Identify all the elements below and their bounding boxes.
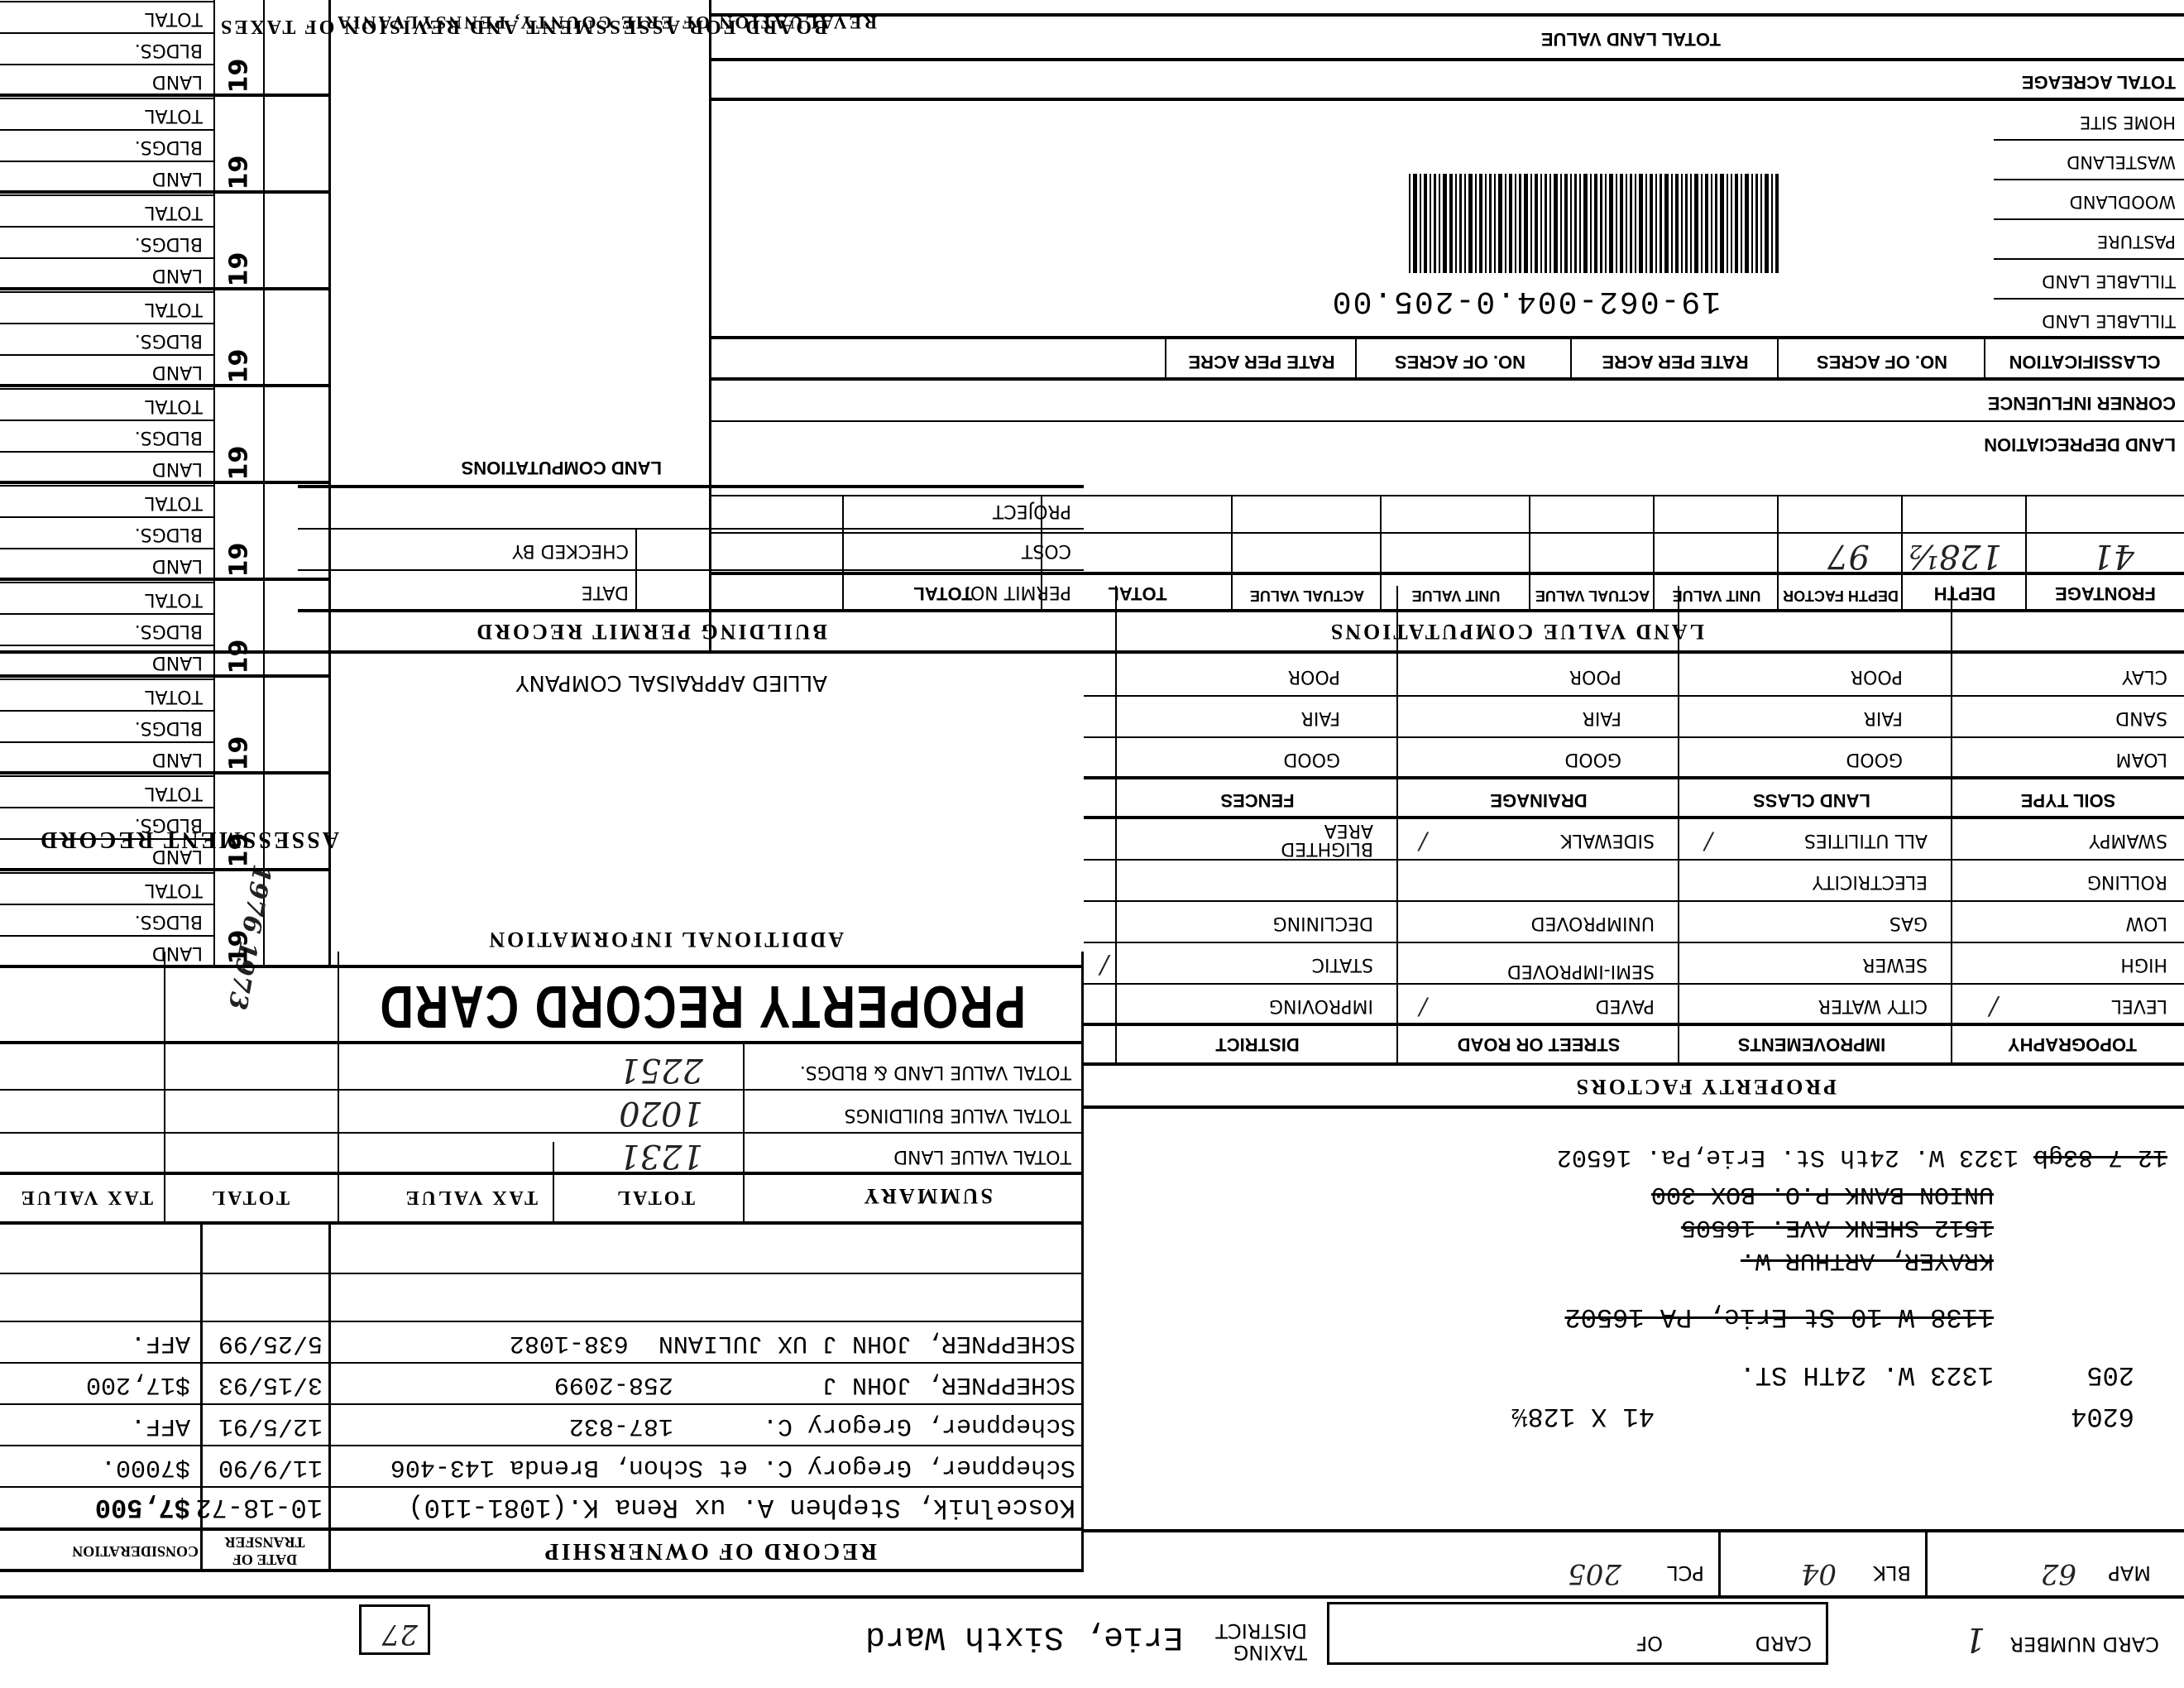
card-number-label: CARD NUMBER [2010, 1633, 2160, 1655]
property-factors-title: PROPERTY FACTORS [1574, 1074, 1837, 1099]
card-of-box [1327, 1602, 1828, 1665]
address-num: 205 [2086, 1360, 2134, 1390]
assessment-row-label: LAND [152, 846, 203, 866]
summary-land-label: TOTAL VALUE LAND [893, 1146, 1071, 1167]
assessment-row-label: BLDGS. [135, 427, 203, 448]
assessment-row-label: BLDGS. [135, 137, 203, 157]
lv-header: UNIT VALUE [1382, 587, 1530, 604]
acreage-row: HOME SITE [2080, 113, 2176, 132]
assessment-year-prefix: 19 [225, 446, 254, 481]
assessment-row-label: TOTAL [145, 8, 203, 29]
pf-improvements-item: GAS [1889, 913, 1928, 933]
ownership-owner: Koscelnik, Stephen A. ux Rena K.(1081-11… [408, 1492, 1075, 1523]
summary-land-bldgs-total: 2251 [619, 1051, 703, 1089]
acreage-header: RATE PER ACRE [1166, 351, 1357, 372]
parcel-id: 19-062-004.0-205.00 [1331, 283, 1721, 319]
acreage-row: PASTURE [2097, 232, 2176, 252]
assessment-row-label: BLDGS. [135, 330, 203, 351]
address-old-3: UNION BANK-P.O. BOX 300 [1651, 1180, 1994, 1208]
summary-col-total-2: TOTAL [209, 1186, 290, 1208]
check-mark-icon: / [1420, 828, 1427, 856]
pf-improvements-item: SEWER [1862, 954, 1928, 975]
land-class-item: POOR [1851, 666, 1903, 687]
pf-topography-item: ROLLING [2087, 871, 2167, 892]
assessment-row-label: LAND [152, 265, 203, 285]
pf-improvements-item: CITY WATER [1818, 995, 1928, 1016]
lv-header: UNIT VALUE [1655, 587, 1779, 604]
assessment-row-label: TOTAL [145, 686, 203, 707]
pf-district-item: IMPROVING [1269, 995, 1373, 1016]
property-record-card: CARD NUMBER 1 CARD OF TAXING DISTRICT Er… [0, 0, 2184, 1688]
assessment-row-label: TOTAL [145, 299, 203, 319]
ownership-consideration: AFF. [131, 1329, 190, 1357]
check-mark-icon: / [1420, 994, 1427, 1021]
of-label: OF [1636, 1632, 1663, 1655]
pf-district-item: BLIGHTED AREA [1249, 821, 1373, 857]
assessment-row-label: BLDGS. [135, 40, 203, 60]
assessment-year-prefix: 19 [225, 833, 254, 868]
soil-item: SAND [2115, 707, 2167, 728]
address-current: 1323 W. 24th St. Erie,Pa. 16502 [1557, 1143, 2019, 1171]
assessment-row-label: TOTAL [145, 202, 203, 223]
fences-item: POOR [1288, 666, 1340, 687]
additional-info-title: ADDITIONAL INFORMATION [486, 927, 844, 952]
assessment-year-prefix: 19 [225, 59, 254, 94]
assessment-year-prefix: 19 [225, 156, 254, 190]
assessment-row-label: LAND [152, 942, 203, 963]
lv-header: DEPTH [1903, 583, 2027, 604]
blk-label: BLK [1873, 1561, 1911, 1585]
soil-header: SOIL TYPE [1952, 789, 2184, 811]
acreage-header: NO. OF ACRES [1357, 351, 1564, 372]
property-record-card-title: PROPERTY RECORD CARD [378, 972, 1026, 1043]
assessment-row-label: LAND [152, 362, 203, 382]
assessment-year-prefix: 19 [225, 543, 254, 578]
pf-improvements-item: ELECTRICITY [1813, 871, 1928, 892]
permit-project-label: PROJECT [993, 501, 1071, 521]
address-dims: 41 X 128½ [1511, 1401, 1655, 1431]
summary-buildings-total: 1020 [619, 1094, 703, 1132]
assessment-row-label: LAND [152, 749, 203, 770]
fences-header: FENCES [1125, 789, 1390, 811]
assessment-row-label: TOTAL [145, 589, 203, 610]
card-number-value: 1 [1965, 1620, 1985, 1658]
address-code: 6204 [2071, 1401, 2134, 1431]
assessment-row-label: TOTAL [145, 105, 203, 126]
assessment-row-label: BLDGS. [135, 524, 203, 544]
summary-col-tax-value-2: TAX VALUE [19, 1186, 153, 1208]
drainage-item: POOR [1569, 666, 1621, 687]
lv-header: ACTUAL VALUE [1530, 587, 1655, 604]
assessment-row-label: BLDGS. [135, 233, 203, 254]
acreage-row: TILLABLE LAND [2042, 311, 2176, 331]
map-label: MAP [2108, 1561, 2151, 1585]
summary-land-total: 1231 [619, 1137, 703, 1175]
ownership-consideration: $7,500 [95, 1492, 190, 1523]
allied-appraisal-company: ALLIED APPRAISAL COMPANY [516, 670, 827, 695]
ownership-col-consideration: CONSIDERATION [72, 1542, 199, 1560]
fences-item: FAIR [1301, 707, 1340, 728]
land-computations-label: LAND COMPUTATIONS [462, 457, 662, 478]
ward-box-value: 27 [382, 1618, 418, 1651]
check-mark-icon: / [1990, 992, 1998, 1021]
assessment-year-prefix: 19 [225, 930, 254, 965]
acreage-header: RATE PER ACRE [1572, 351, 1779, 372]
assessment-row-label: LAND [152, 71, 203, 92]
assessment-row-label: BLDGS. [135, 717, 203, 738]
assessment-row-label: TOTAL [145, 492, 203, 513]
pf-improvements-item: ALL UTILITIES [1804, 830, 1928, 851]
assessment-row-label: BLDGS. [135, 911, 203, 932]
land-class-item: FAIR [1864, 707, 1903, 728]
land-depreciation-label: LAND DEPRECIATION [1984, 434, 2176, 455]
land-value-computations-title: LAND VALUE COMPUTATIONS [1329, 619, 1704, 644]
ownership-consideration: $7000. [101, 1453, 190, 1481]
permit-checked-by-label: CHECKED BY [512, 540, 629, 561]
ownership-col-date: DATE OF TRANSFER [211, 1533, 318, 1568]
soil-item: CLAY [2122, 666, 2167, 687]
lv-depth-factor-value: 97 [1827, 537, 1870, 575]
assessment-row-label: LAND [152, 168, 203, 189]
acreage-header: CLASSIFICATION [1985, 351, 2184, 372]
check-mark-icon: / [1705, 828, 1712, 856]
address-date-struck: 12-7-83gb [2033, 1143, 2167, 1171]
pf-header-street: STREET OR ROAD [1406, 1033, 1671, 1055]
total-land-value-label: TOTAL LAND VALUE [1541, 28, 1721, 50]
assessment-row-label: TOTAL [145, 783, 203, 803]
barcode-icon [1406, 174, 1779, 273]
lv-frontage-value: 41 [2092, 537, 2134, 575]
pf-street-item: PAVED [1596, 995, 1655, 1016]
pcl-value: 205 [1568, 1557, 1621, 1590]
assessment-row-label: TOTAL [145, 396, 203, 416]
assessment-row-label: LAND [152, 458, 203, 479]
lv-header: TOTAL [844, 583, 1042, 604]
assessment-year-prefix: 19 [225, 640, 254, 674]
ownership-date: 3/15/93 [218, 1370, 323, 1398]
acreage-row: WOODLAND [2070, 192, 2176, 212]
address-old-1: 1138 W 10 St Erie, PA 16502 [1565, 1302, 1994, 1332]
permit-date-label: DATE [582, 582, 629, 602]
blk-value: 04 [1801, 1557, 1837, 1590]
pf-header-improvements: IMPROVEMENTS [1679, 1033, 1944, 1055]
board-title: BOARD FOR ASSESSMENT AND REVISION OF TAX… [218, 15, 827, 37]
drainage-item: GOOD [1564, 749, 1621, 770]
taxing-district-label: TAXING DISTRICT [1200, 1620, 1307, 1663]
map-value: 62 [2041, 1557, 2076, 1590]
address-old-2: 1512 SHENK AVE. 16505 [1681, 1213, 1994, 1241]
pf-header-district: DISTRICT [1125, 1033, 1390, 1055]
lv-depth-value: 128½ [1907, 537, 2002, 575]
building-permit-title: BUILDING PERMIT RECORD [474, 619, 827, 644]
land-class-item: GOOD [1846, 749, 1903, 770]
ownership-consideration: $17,200 [86, 1370, 190, 1398]
pf-district-item: STATIC [1312, 954, 1373, 975]
summary-col-tax-value: TAX VALUE [404, 1186, 538, 1208]
pf-street-item: UNIMPROVED [1531, 913, 1655, 933]
lv-header: ACTUAL VALUE [1233, 587, 1382, 604]
lv-header: TOTAL [1042, 583, 1233, 604]
ownership-owner: Scheppner, Gregory C. et Schon, Brenda 1… [390, 1453, 1075, 1481]
pf-topography-item: LOW [2125, 913, 2167, 933]
soil-item: LOAM [2116, 749, 2167, 770]
address-street: 1323 W. 24TH ST. [1740, 1360, 1994, 1390]
pf-topography-item: LEVEL [2112, 995, 2167, 1016]
acreage-header: NO. OF ACRES [1779, 351, 1985, 372]
corner-influence-label: CORNER INFLUENCE [1988, 392, 2176, 414]
ownership-owner: SCHEPPNER, JOHN J UX JULIANN 638-1082 [510, 1329, 1075, 1357]
permit-cost-label: COST [1022, 540, 1071, 561]
summary-buildings-label: TOTAL VALUE BUILDINGS [845, 1105, 1071, 1125]
check-mark-icon: / [1100, 951, 1109, 980]
assessment-row-label: BLDGS. [135, 814, 203, 835]
pcl-label: PCL [1667, 1561, 1704, 1585]
pf-street-item: SEMI-IMPROVED [1489, 961, 1655, 980]
card-label: CARD [1755, 1632, 1812, 1655]
ownership-title: RECORD OF OWNERSHIP [543, 1537, 877, 1564]
ownership-date: 5/25/99 [218, 1329, 323, 1357]
assessment-year-prefix: 19 [225, 349, 254, 384]
pf-street-item: SIDEWALK [1560, 830, 1655, 851]
assessment-row-label: TOTAL [145, 880, 203, 900]
acreage-total: TOTAL ACREAGE [2022, 71, 2176, 93]
pf-topography-item: SWAMPY [2089, 830, 2167, 851]
summary-land-bldgs-label: TOTAL VALUE LAND & BLDGS. [800, 1062, 1071, 1082]
ownership-date: 12/5/91 [218, 1412, 323, 1440]
taxing-district-value: Erie, Sixth Ward [865, 1618, 1183, 1655]
fences-item: GOOD [1283, 749, 1340, 770]
address-old-owner: KRAYER, ARTHUR W. [1741, 1246, 1994, 1274]
assessment-row-label: BLDGS. [135, 621, 203, 641]
drainage-header: DRAINAGE [1406, 789, 1671, 811]
drainage-item: FAIR [1583, 707, 1621, 728]
acreage-row: WASTELAND [2067, 152, 2176, 172]
assessment-row-label: LAND [152, 652, 203, 673]
pf-district-item: DECLINING [1273, 913, 1373, 933]
lv-header: DEPTH FACTOR [1779, 587, 1903, 604]
summary-col-total: TOTAL [615, 1186, 695, 1208]
acreage-row: TILLABLE LAND [2042, 271, 2176, 291]
land-class-header: LAND CLASS [1679, 789, 1944, 811]
assessment-year-prefix: 19 [225, 736, 254, 771]
assessment-row-label: LAND [152, 555, 203, 576]
summary-title: SUMMARY [861, 1183, 993, 1208]
ownership-date: 10-18-72 [195, 1492, 323, 1523]
lv-header: FRONTAGE [2027, 583, 2184, 604]
pf-topography-item: HIGH [2120, 954, 2167, 975]
assessment-year-prefix: 19 [225, 252, 254, 287]
ownership-date: 11/9/90 [218, 1453, 323, 1481]
ownership-owner: SCHEPPNER, JOHN J 258-2099 [554, 1370, 1075, 1398]
ownership-owner: Scheppner, Gregory C. 187-832 [569, 1412, 1075, 1440]
pf-header-topography: TOPOGRAPHY [1961, 1033, 2184, 1055]
ownership-consideration: AFF. [131, 1412, 190, 1440]
